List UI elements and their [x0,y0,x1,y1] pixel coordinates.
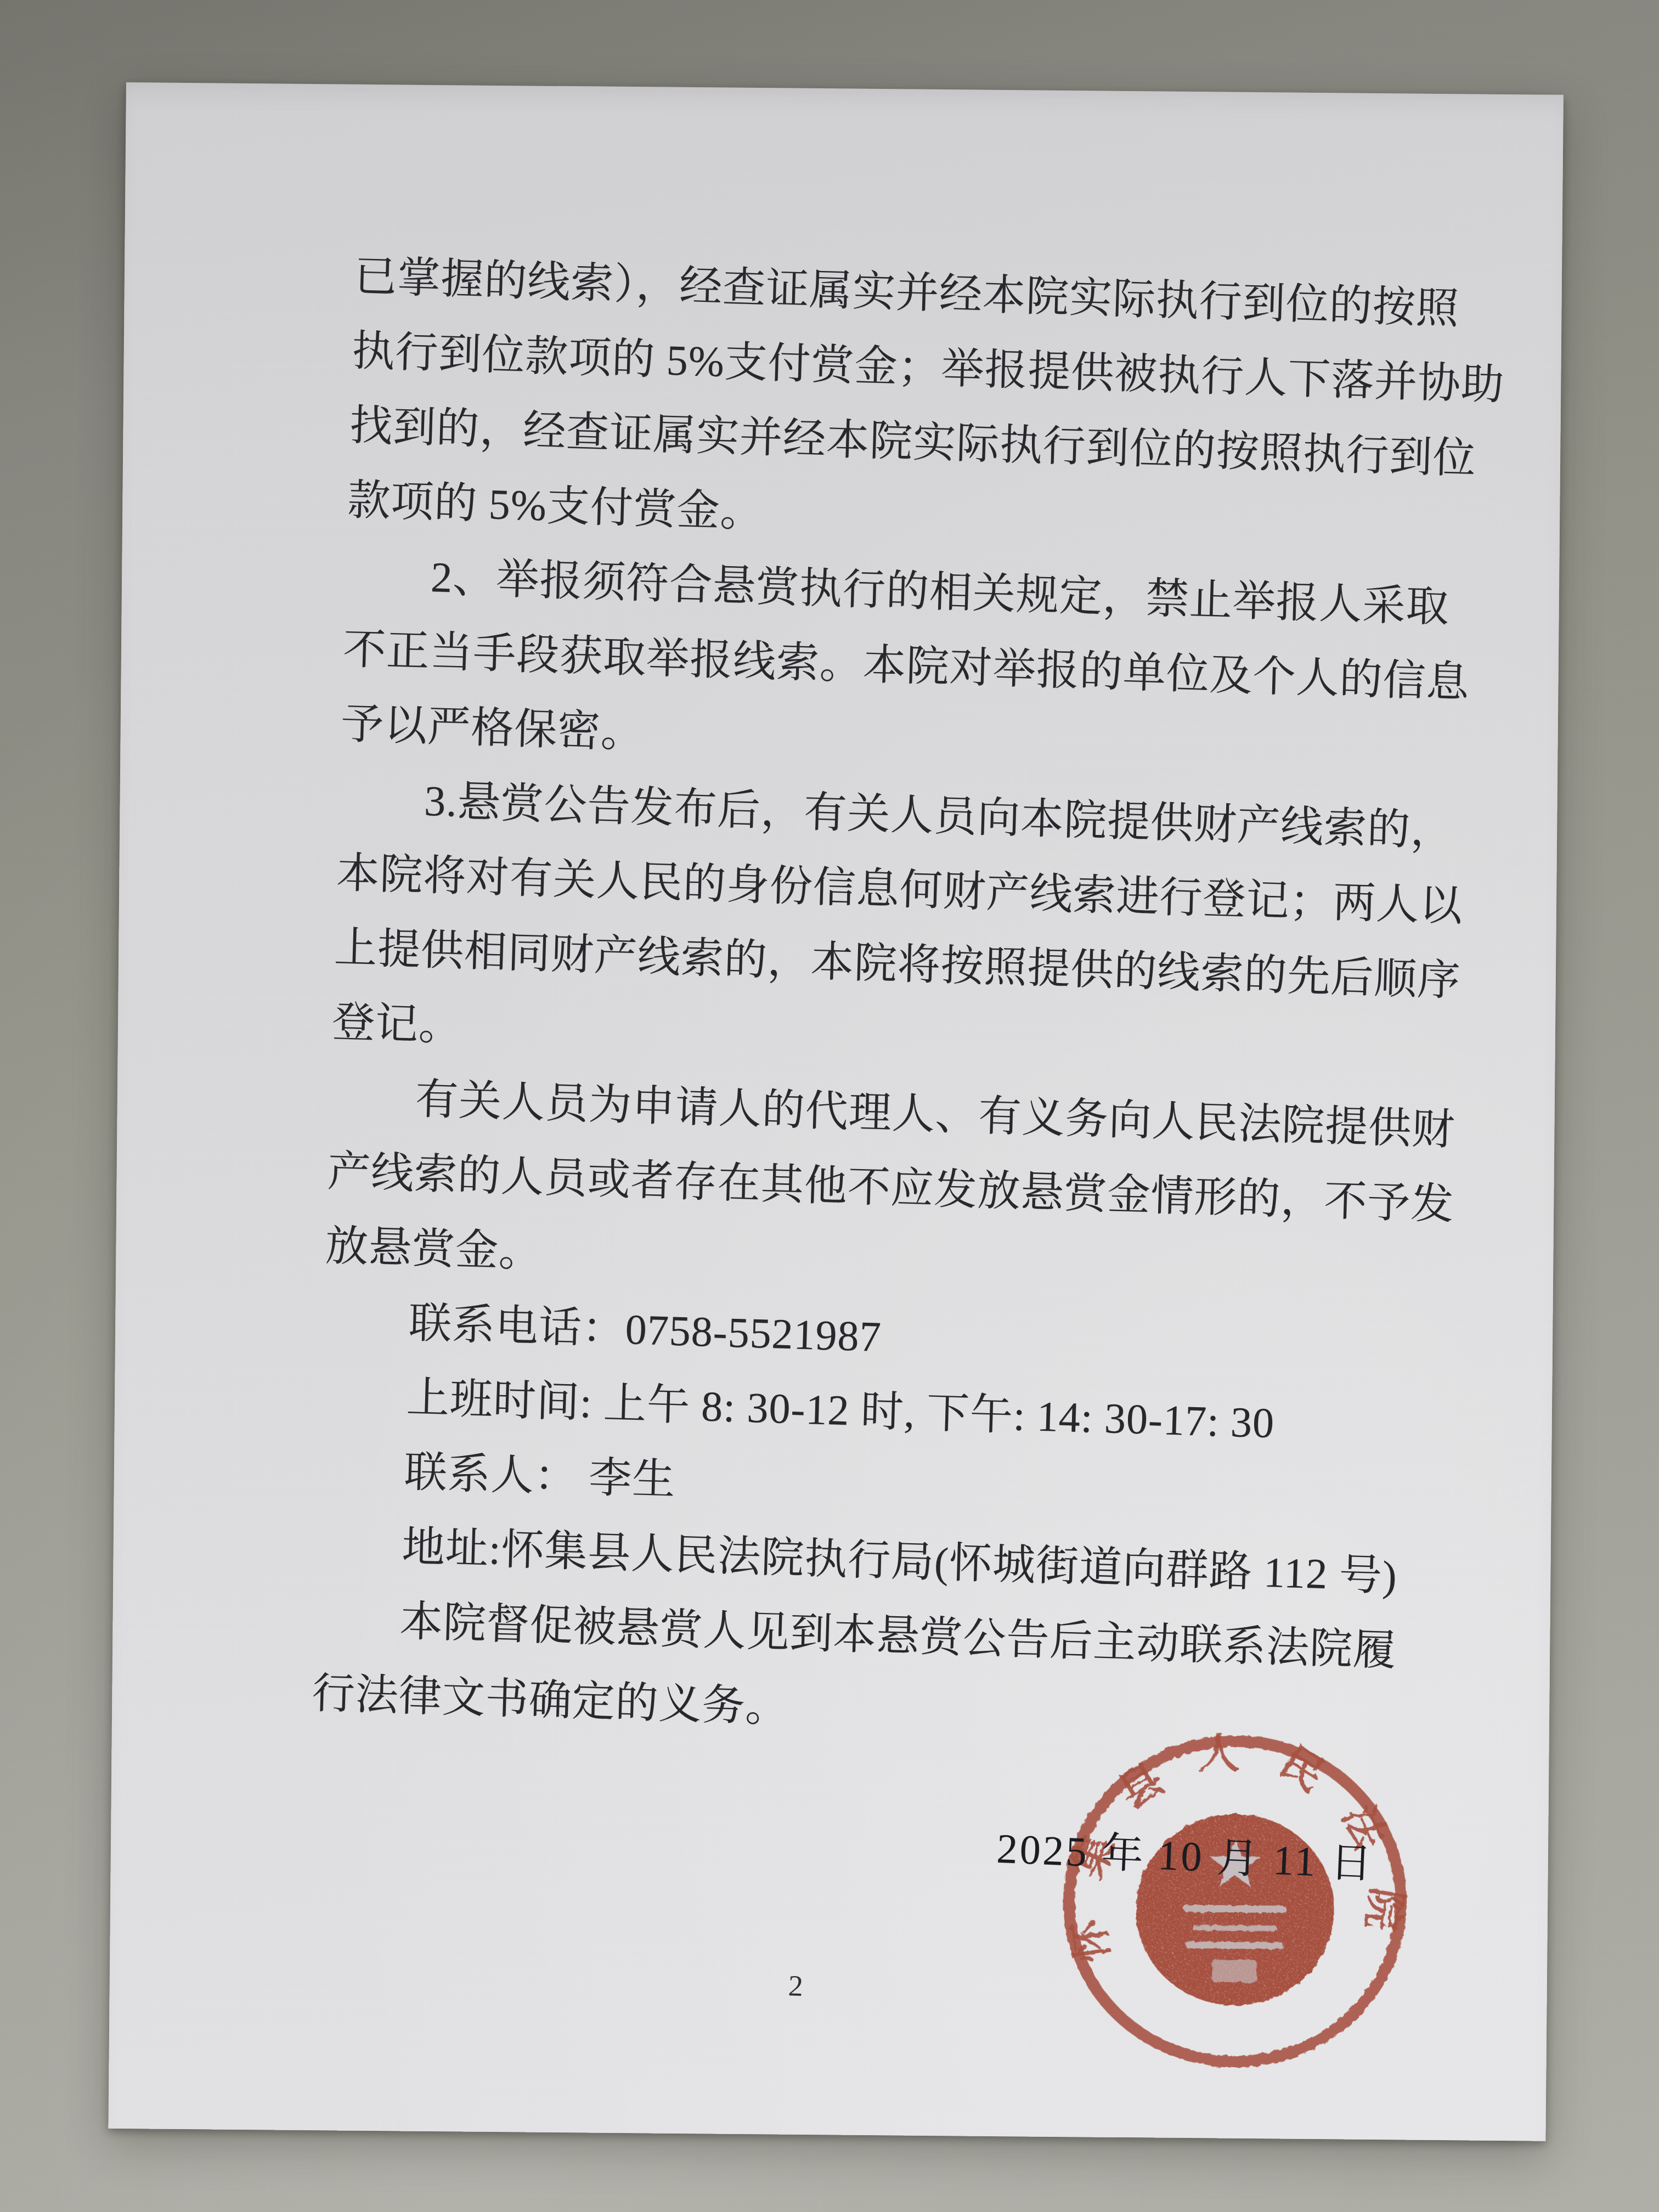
document-body-text: 已掌握的线索），经查证属实并经本院实际执行到位的按照 执行到位款项的 5%支付赏… [311,239,1452,1763]
page-number: 2 [788,1968,804,2003]
court-seal: 怀集县人民法院 [1044,1719,1426,2084]
paper-sheet: 已掌握的线索），经查证属实并经本院实际执行到位的按照 执行到位款项的 5%支付赏… [108,82,1563,2141]
photo-of-document: { "doc": { "lines": [ "已掌握的线索），经查证属实并经本院… [0,0,1659,2212]
